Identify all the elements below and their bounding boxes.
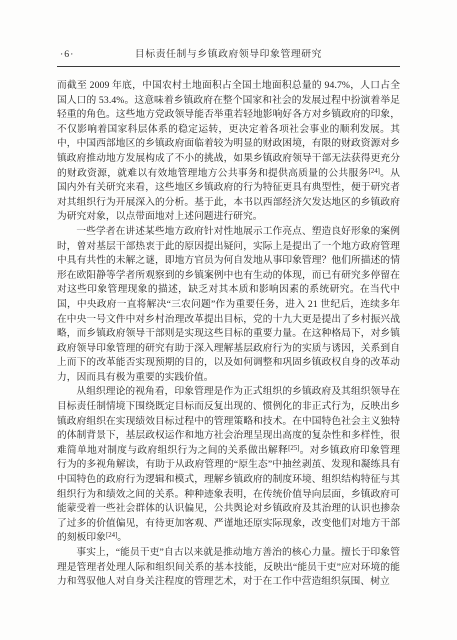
paragraph-3: 从组织理论的视角看，印象管理是作为正式组织的乡镇政府及其组织领导在目标责任制情境…: [57, 385, 400, 546]
header-rule: [57, 66, 400, 67]
page-content: ·6· 目标责任制与乡镇政府领导印象管理研究 而截至 2009 年底，中国农村土…: [57, 47, 400, 590]
citation-marker: [24]: [369, 168, 380, 175]
paragraph-1: 而截至 2009 年底，中国农村土地面积占全国土地面积总量的 94.7%，人口占…: [57, 79, 400, 225]
paragraph-4: 事实上，“能员干吏”自古以来就是推动地方善治的核心力量。擅长于印象管理是管理者处…: [57, 546, 400, 590]
book-page: ·6· 目标责任制与乡镇政府领导印象管理研究 而截至 2009 年底，中国农村土…: [0, 0, 457, 640]
page-number: ·6·: [60, 47, 74, 62]
running-title: 目标责任制与乡镇政府领导印象管理研究: [57, 47, 400, 62]
page-header: ·6· 目标责任制与乡镇政府领导印象管理研究: [57, 47, 400, 62]
citation-marker: [24]: [106, 532, 117, 539]
page-body: 而截至 2009 年底，中国农村土地面积占全国土地面积总量的 94.7%，人口占…: [57, 79, 400, 590]
citation-marker: [25]: [288, 445, 299, 452]
paragraph-2: 一些学者在讲述某些地方政府针对性地展示工作亮点、塑造良好形象的案例时，曾对基层干…: [57, 225, 400, 386]
